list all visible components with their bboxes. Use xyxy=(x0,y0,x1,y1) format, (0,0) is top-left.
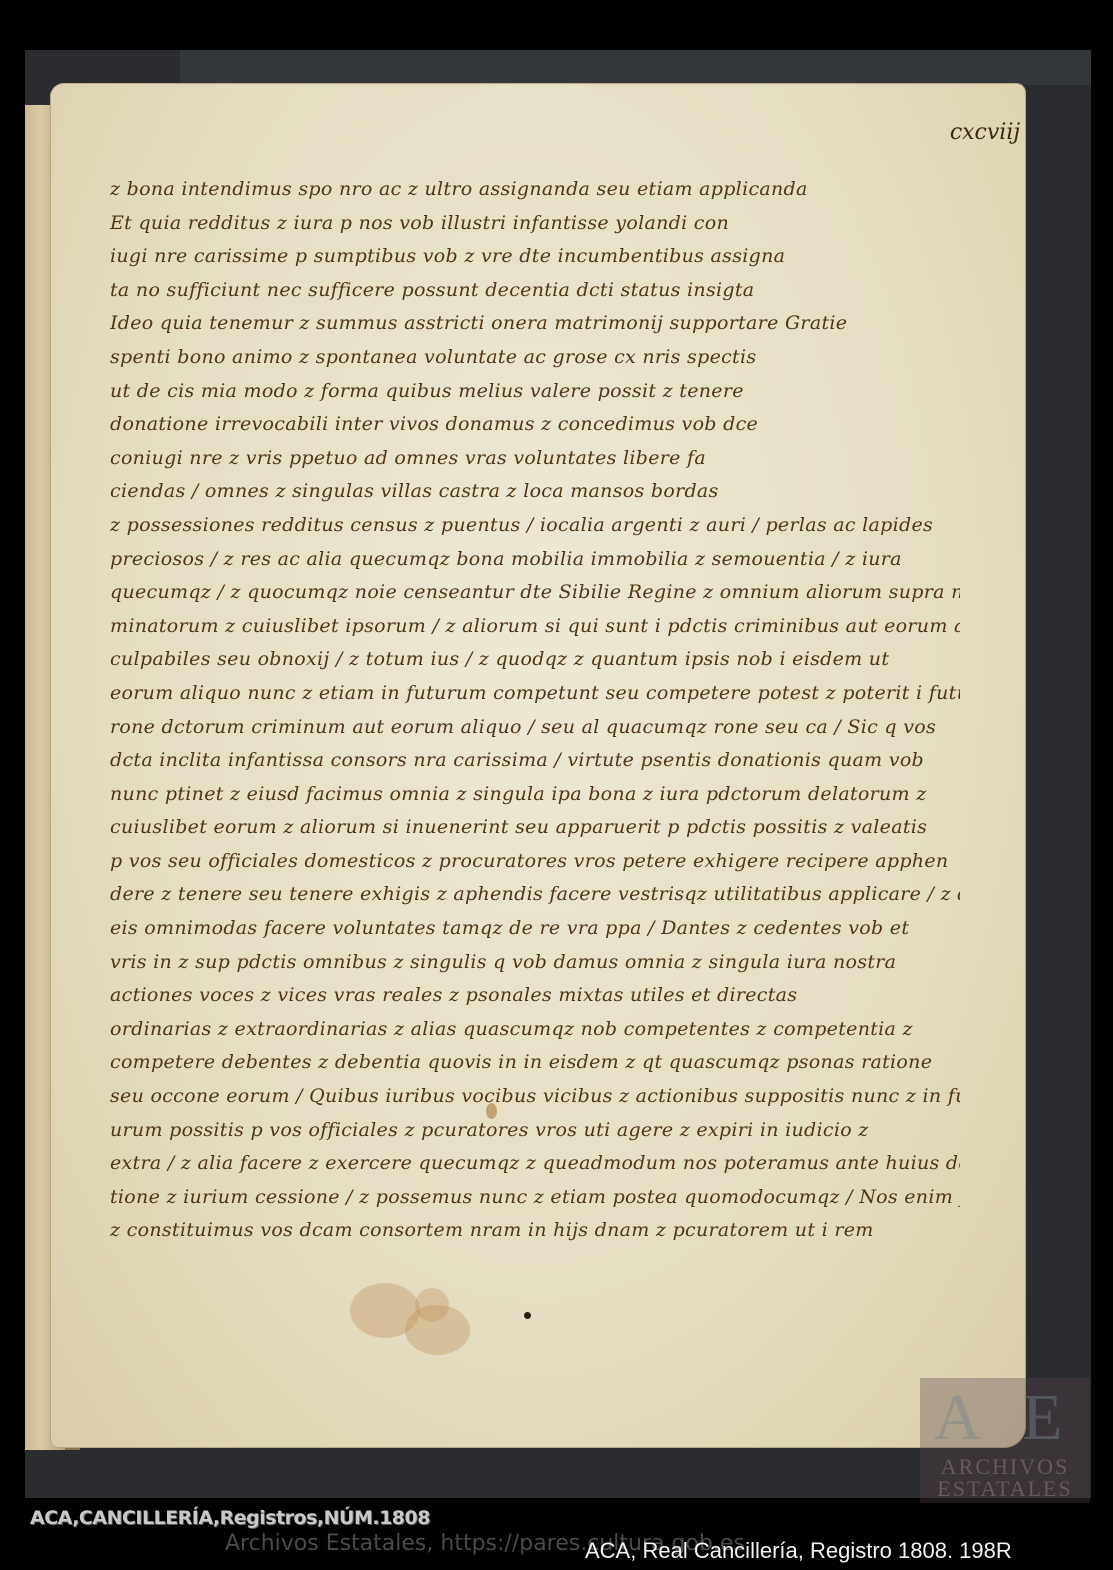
manuscript-line: competere debentes z debentia quovis in … xyxy=(110,1051,960,1085)
manuscript-line: vris in z sup pdctis omnibus z singulis … xyxy=(110,951,960,985)
watermark-text: ARCHIVOS ESTATALES xyxy=(920,1456,1090,1500)
folio-number: cxcviij xyxy=(950,120,1020,145)
manuscript-line: iugi nre carissime p sumptibus vob z vre… xyxy=(110,245,960,279)
manuscript-line: quecumqz / z quocumqz noie censeantur dt… xyxy=(110,581,960,615)
watermark-line1: ARCHIVOS xyxy=(920,1456,1090,1478)
manuscript-line: ciendas / omnes z singulas villas castra… xyxy=(110,480,960,514)
manuscript-line: nunc ptinet z eiusd facimus omnia z sing… xyxy=(110,783,960,817)
manuscript-line: Ideo quia tenemur z summus asstricti one… xyxy=(110,312,960,346)
manuscript-line: culpabiles seu obnoxij / z totum ius / z… xyxy=(110,648,960,682)
watermark-line2: ESTATALES xyxy=(920,1478,1090,1500)
manuscript-line: extra / z alia facere z exercere quecumq… xyxy=(110,1152,960,1186)
watermark-logo: A E xyxy=(920,1380,1090,1456)
manuscript-line: seu occone eorum / Quibus iuribus vocibu… xyxy=(110,1085,960,1119)
manuscript-line: rone dctorum criminum aut eorum aliquo /… xyxy=(110,716,960,750)
manuscript-line: spenti bono animo z spontanea voluntate … xyxy=(110,346,960,380)
stain-mark xyxy=(415,1288,449,1322)
manuscript-line: z constituimus vos dcam consortem nram i… xyxy=(110,1219,960,1253)
manuscript-line: preciosos / z res ac alia quecumqz bona … xyxy=(110,548,960,582)
manuscript-line: coniugi nre z vris ppetuo ad omnes vras … xyxy=(110,447,960,481)
manuscript-text: z bona intendimus spo nro ac z ultro ass… xyxy=(110,178,960,1253)
manuscript-line: eorum aliquo nunc z etiam in futurum com… xyxy=(110,682,960,716)
manuscript-line: z bona intendimus spo nro ac z ultro ass… xyxy=(110,178,960,212)
manuscript-line: Et quia redditus z iura p nos vob illust… xyxy=(110,212,960,246)
scan-backdrop-panel xyxy=(180,50,1091,85)
manuscript-line: donatione irrevocabili inter vivos donam… xyxy=(110,413,960,447)
manuscript-line: ta no sufficiunt nec sufficere possunt d… xyxy=(110,279,960,313)
manuscript-line: ut de cis mia modo z forma quibus melius… xyxy=(110,380,960,414)
archive-watermark: A E ARCHIVOS ESTATALES xyxy=(920,1378,1090,1503)
manuscript-line: minatorum z cuiuslibet ipsorum / z alior… xyxy=(110,615,960,649)
manuscript-line: eis omnimodas facere voluntates tamqz de… xyxy=(110,917,960,951)
manuscript-line: tione z iurium cessione / z possemus nun… xyxy=(110,1186,960,1220)
manuscript-line: urum possitis p vos officiales z pcurato… xyxy=(110,1119,960,1153)
ink-dot xyxy=(524,1312,531,1319)
catalog-reference: ACA,CANCILLERÍA,Registros,NÚM.1808 xyxy=(30,1507,430,1529)
folio-reference: ACA, Real Cancillería, Registro 1808. 19… xyxy=(585,1538,1012,1564)
manuscript-line: dcta inclita infantissa consors nra cari… xyxy=(110,749,960,783)
manuscript-line: ordinarias z extraordinarias z alias qua… xyxy=(110,1018,960,1052)
manuscript-line: p vos seu officiales domesticos z procur… xyxy=(110,850,960,884)
manuscript-line: actiones voces z vices vras reales z pso… xyxy=(110,984,960,1018)
manuscript-line: dere z tenere seu tenere exhigis z aphen… xyxy=(110,883,960,917)
manuscript-line: cuiuslibet eorum z aliorum si inuenerint… xyxy=(110,816,960,850)
manuscript-line: z possessiones redditus census z puentus… xyxy=(110,514,960,548)
